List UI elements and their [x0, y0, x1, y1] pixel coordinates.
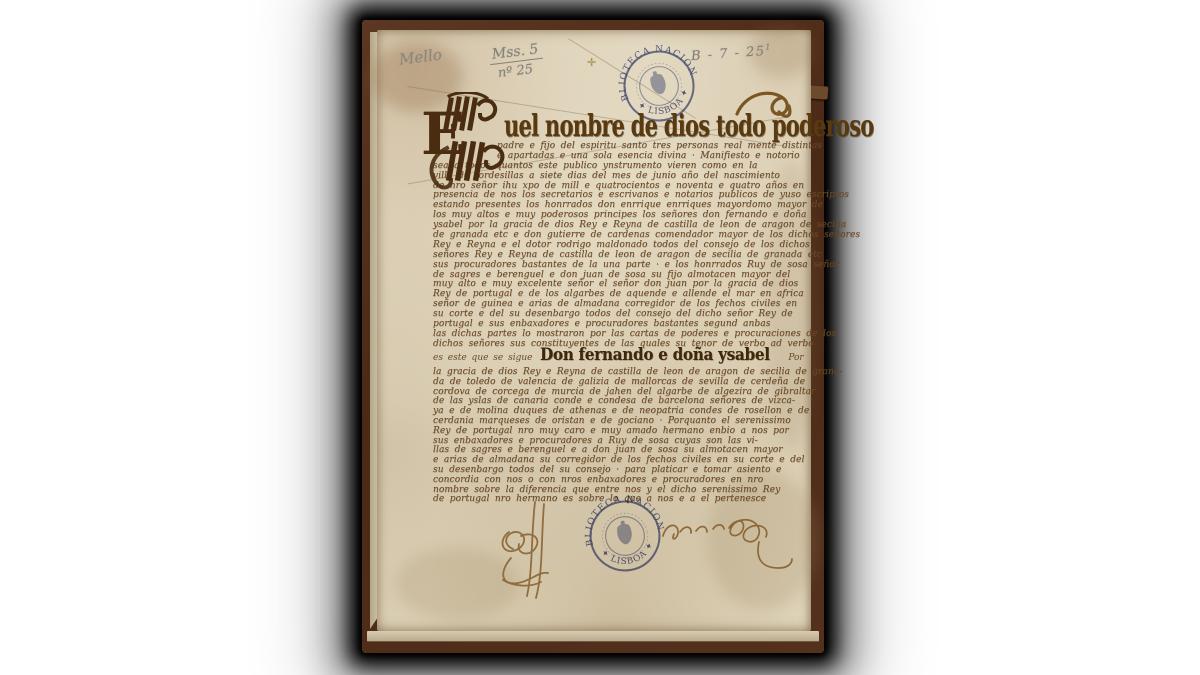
stamp-crest	[647, 69, 668, 96]
book-cover: Mello Mss. 5 nº 25 B - 7 - 251 ✛ BIBLIOT…	[362, 20, 824, 653]
scan-background: Mello Mss. 5 nº 25 B - 7 - 251 ✛ BIBLIOT…	[0, 0, 1200, 675]
stamp-crest	[615, 519, 633, 545]
royal-names-heading: Don fernando e doña ysabel	[540, 344, 770, 364]
mid-heading-pre: es este que se sigue	[433, 353, 533, 363]
page-block-edge	[367, 631, 819, 642]
shelfmark-number-pencil: nº 25	[497, 62, 534, 81]
shelfmark-pencil: Mss. 5	[488, 41, 542, 65]
clasp-remnant	[809, 85, 829, 99]
opening-heading: uel nonbre de dios todo poderoso	[504, 109, 874, 144]
mid-heading-line: es este que se sigue Don fernando e doña…	[433, 345, 804, 364]
gold-cross-mark: ✛	[587, 56, 596, 69]
mid-heading-post: Por	[788, 353, 803, 363]
signature-flourish	[655, 502, 797, 598]
library-stamp-icon: BIBLIOTECA NACIONAL ✦ LISBOA ✦	[576, 487, 673, 584]
heading-flourish-icon	[729, 86, 795, 128]
manuscript-text-block-2: la gracia de dios Rey e Reyna de castill…	[433, 368, 813, 505]
manuscript-page: Mello Mss. 5 nº 25 B - 7 - 251 ✛ BIBLIOT…	[377, 30, 811, 631]
pressmark-superscript: 1	[765, 42, 772, 51]
notarial-rubric-flourish	[489, 496, 567, 606]
